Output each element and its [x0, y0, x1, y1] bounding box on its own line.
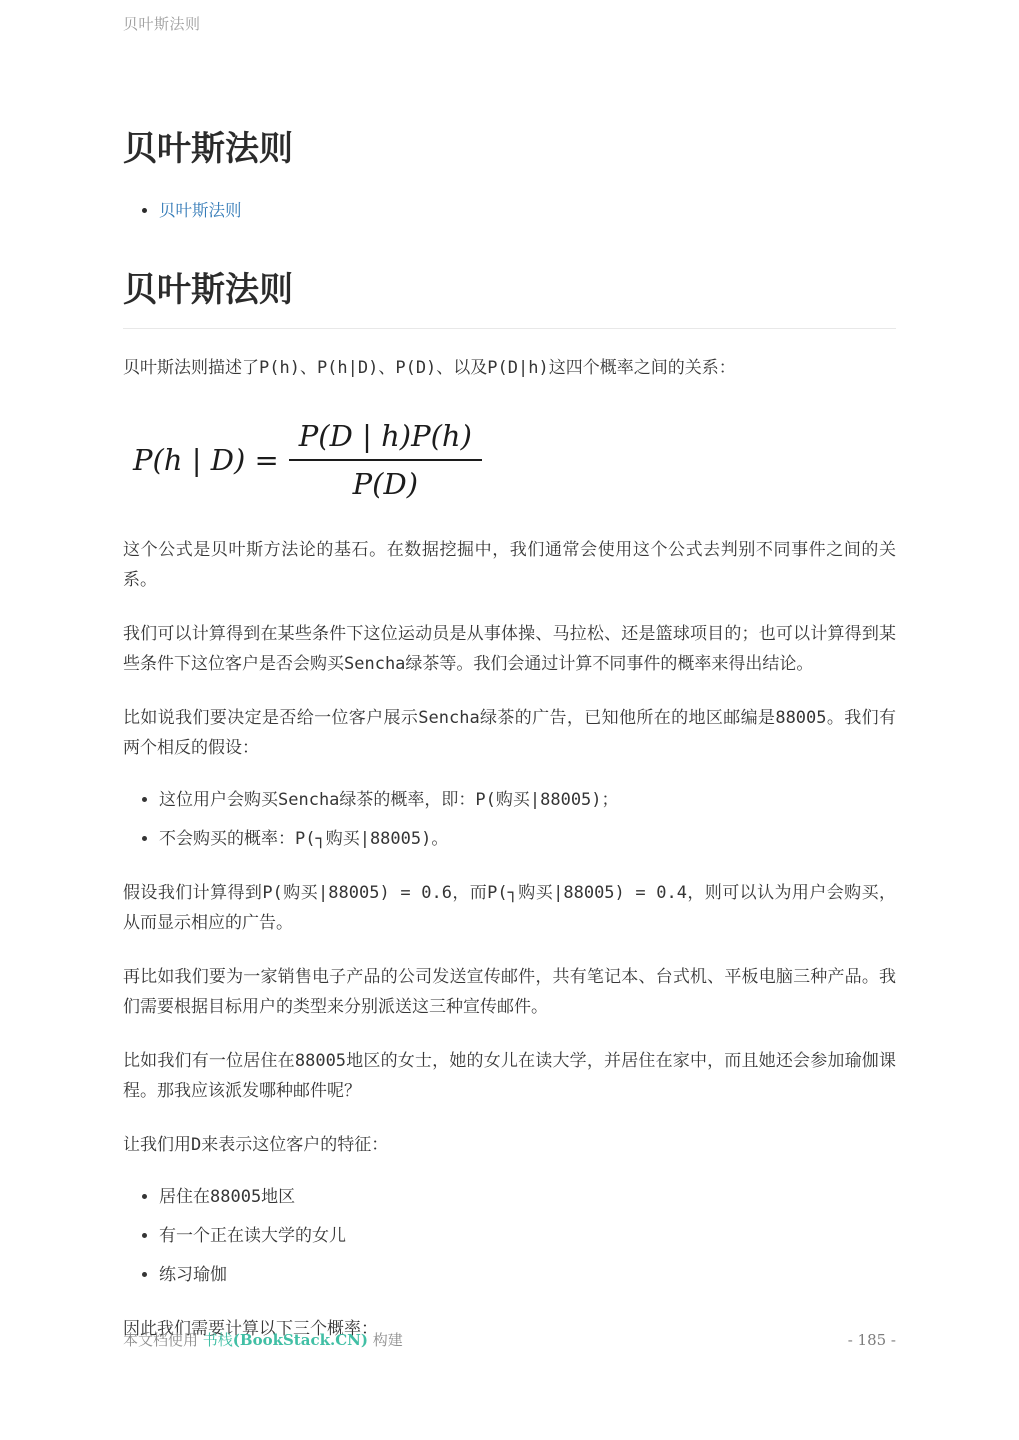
- paragraph-features-intro: 让我们用D来表示这位客户的特征：: [123, 1130, 896, 1160]
- toc-list: 贝叶斯法则: [123, 199, 896, 224]
- list-item: 居住在88005地区: [159, 1182, 896, 1212]
- page-footer: 本文档使用 书栈(BookStack.CN) 构建 - 185 -: [123, 1329, 896, 1350]
- bookstack-link[interactable]: 书栈(BookStack.CN): [203, 1331, 368, 1349]
- formula-numerator: P(D | h)P(h): [289, 419, 482, 461]
- bookstack-brand-en: (BookStack.CN): [233, 1331, 368, 1349]
- paragraph-assumption: 假设我们计算得到P(购买|88005) = 0.6，而P(┐购买|88005) …: [123, 878, 896, 938]
- bookstack-brand-cn: 书栈: [203, 1331, 233, 1349]
- features-list: 居住在88005地区 有一个正在读大学的女儿 练习瑜伽: [123, 1182, 896, 1290]
- list-item: 练习瑜伽: [159, 1260, 896, 1290]
- footer-credit: 本文档使用 书栈(BookStack.CN) 构建: [123, 1329, 403, 1350]
- formula-fraction: P(D | h)P(h) P(D): [289, 419, 482, 501]
- list-item: 有一个正在读大学的女儿: [159, 1221, 896, 1251]
- toc-item: 贝叶斯法则: [159, 199, 896, 224]
- paragraph-cornerstone: 这个公式是贝叶斯方法论的基石。在数据挖掘中，我们通常会使用这个公式去判别不同事件…: [123, 535, 896, 595]
- formula-denominator: P(D): [343, 461, 428, 501]
- paragraph-mail-scenario: 再比如我们要为一家销售电子产品的公司发送宣传邮件，共有笔记本、台式机、平板电脑三…: [123, 962, 896, 1022]
- bayes-formula: P(h | D) = P(D | h)P(h) P(D): [133, 419, 896, 501]
- document-page: 贝叶斯法则 贝叶斯法则 贝叶斯法则 贝叶斯法则描述了P(h)、P(h|D)、P(…: [123, 0, 896, 1344]
- paragraph-ad-scenario: 比如说我们要决定是否给一位客户展示Sencha绿茶的广告，已知他所在的地区邮编是…: [123, 703, 896, 763]
- footer-credit-prefix: 本文档使用: [123, 1331, 203, 1349]
- page-number: - 185 -: [848, 1331, 896, 1349]
- footer-credit-suffix: 构建: [368, 1331, 403, 1349]
- paragraph-lady-scenario: 比如我们有一位居住在88005地区的女士，她的女儿在读大学，并居住在家中，而且她…: [123, 1046, 896, 1106]
- paragraph-intro: 贝叶斯法则描述了P(h)、P(h|D)、P(D)、以及P(D|h)这四个概率之间…: [123, 353, 896, 383]
- list-item: 不会购买的概率：P(┐购买|88005)。: [159, 824, 896, 854]
- section-title: 贝叶斯法则: [123, 269, 896, 329]
- hypotheses-list: 这位用户会购买Sencha绿茶的概率，即：P(购买|88005)； 不会购买的概…: [123, 785, 896, 854]
- paragraph-examples: 我们可以计算得到在某些条件下这位运动员是从事体操、马拉松、还是篮球项目的；也可以…: [123, 619, 896, 679]
- page-title: 贝叶斯法则: [123, 128, 896, 171]
- list-item: 这位用户会购买Sencha绿茶的概率，即：P(购买|88005)；: [159, 785, 896, 815]
- formula-lhs: P(h | D) =: [133, 443, 279, 477]
- toc-link[interactable]: 贝叶斯法则: [159, 201, 242, 220]
